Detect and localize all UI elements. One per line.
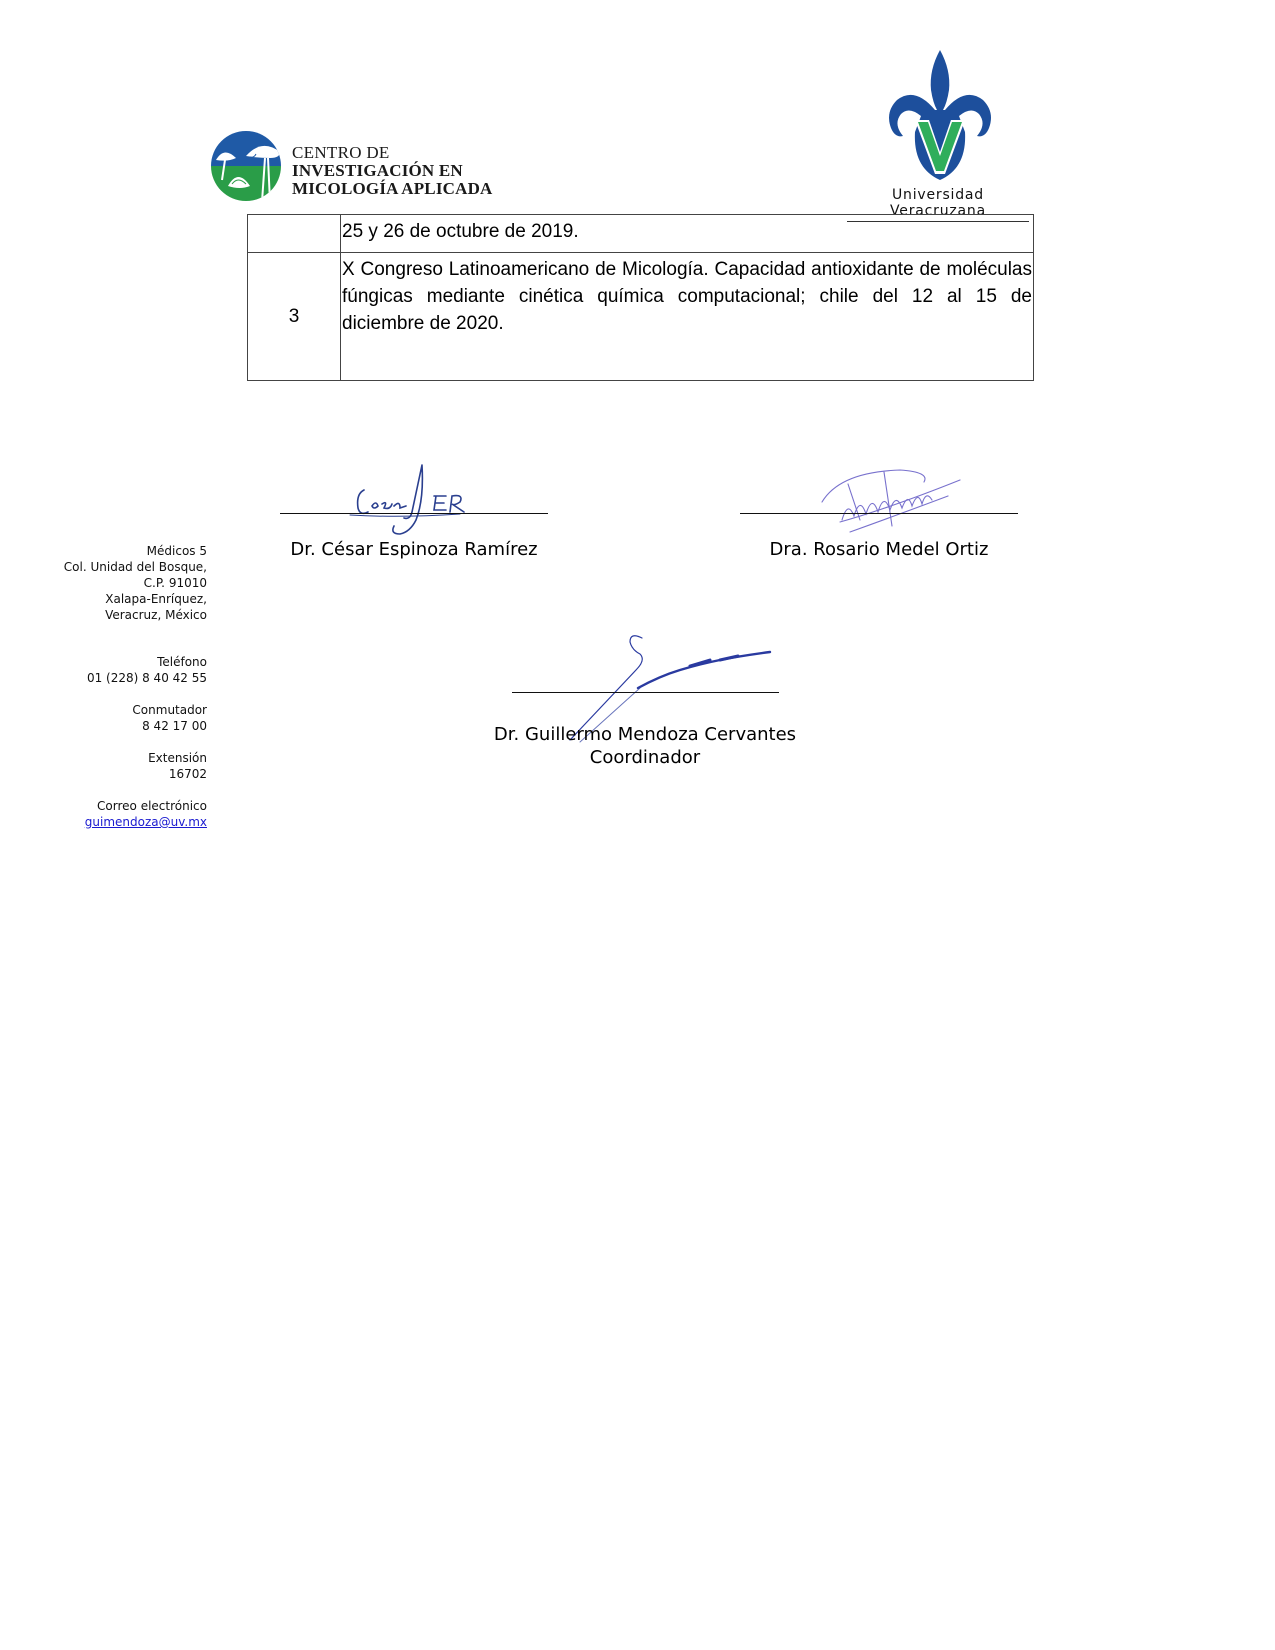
cima-logo: CENTRO DE INVESTIGACIÓN EN MICOLOGÍA APL…: [210, 130, 510, 210]
signature-block-mendoza: Dr. Guillermo Mendoza Cervantes Coordina…: [480, 630, 810, 770]
handwritten-signature-icon: [820, 460, 970, 540]
uv-logo: Universidad Veracruzana: [845, 48, 1035, 212]
signer-name: Dra. Rosario Medel Ortiz: [740, 539, 1018, 560]
row-description: X Congreso Latinoamericano de Micología.…: [341, 253, 1034, 381]
presentations-table: 25 y 26 de octubre de 2019. 3 X Congreso…: [247, 214, 1034, 381]
signer-name: Dr. César Espinoza Ramírez: [280, 539, 548, 560]
extension-label: Extensión: [40, 750, 207, 766]
row-description: 25 y 26 de octubre de 2019.: [341, 215, 1034, 253]
signature-block-medel: Dra. Rosario Medel Ortiz: [740, 455, 1018, 565]
email-link[interactable]: guimendoza@uv.mx: [85, 815, 207, 829]
address-line: Médicos 5: [40, 543, 207, 559]
extension-value: 16702: [40, 766, 207, 782]
handwritten-signature-icon: [350, 460, 480, 540]
email-label: Correo electrónico: [40, 798, 207, 814]
cima-line-2: INVESTIGACIÓN EN: [292, 162, 493, 180]
cima-title: CENTRO DE INVESTIGACIÓN EN MICOLOGÍA APL…: [292, 144, 493, 198]
signature-line: [512, 692, 779, 693]
address-line: Veracruz, México: [40, 607, 207, 623]
signature-block-espinoza: Dr. César Espinoza Ramírez: [280, 455, 548, 565]
row-number: [248, 215, 341, 253]
row-number: 3: [248, 253, 341, 381]
address-line: Col. Unidad del Bosque,: [40, 559, 207, 575]
cima-line-1: CENTRO DE: [292, 144, 493, 162]
phone-value: 01 (228) 8 40 42 55: [40, 670, 207, 686]
signer-name: Dr. Guillermo Mendoza Cervantes: [480, 724, 810, 745]
fleur-de-lis-v-icon: [885, 48, 995, 183]
table-row: 25 y 26 de octubre de 2019.: [248, 215, 1034, 253]
cima-line-3: MICOLOGÍA APLICADA: [292, 180, 493, 198]
switchboard-value: 8 42 17 00: [40, 718, 207, 734]
address-line: C.P. 91010: [40, 575, 207, 591]
signature-line: [740, 513, 1018, 514]
phone-label: Teléfono: [40, 654, 207, 670]
signature-line: [280, 513, 548, 514]
mushroom-logo-icon: [210, 130, 282, 202]
contact-sidebar: Médicos 5 Col. Unidad del Bosque, C.P. 9…: [40, 543, 207, 830]
table-row: 3 X Congreso Latinoamericano de Micologí…: [248, 253, 1034, 381]
switchboard-label: Conmutador: [40, 702, 207, 718]
address-line: Xalapa-Enríquez,: [40, 591, 207, 607]
signer-role: Coordinador: [480, 747, 810, 768]
